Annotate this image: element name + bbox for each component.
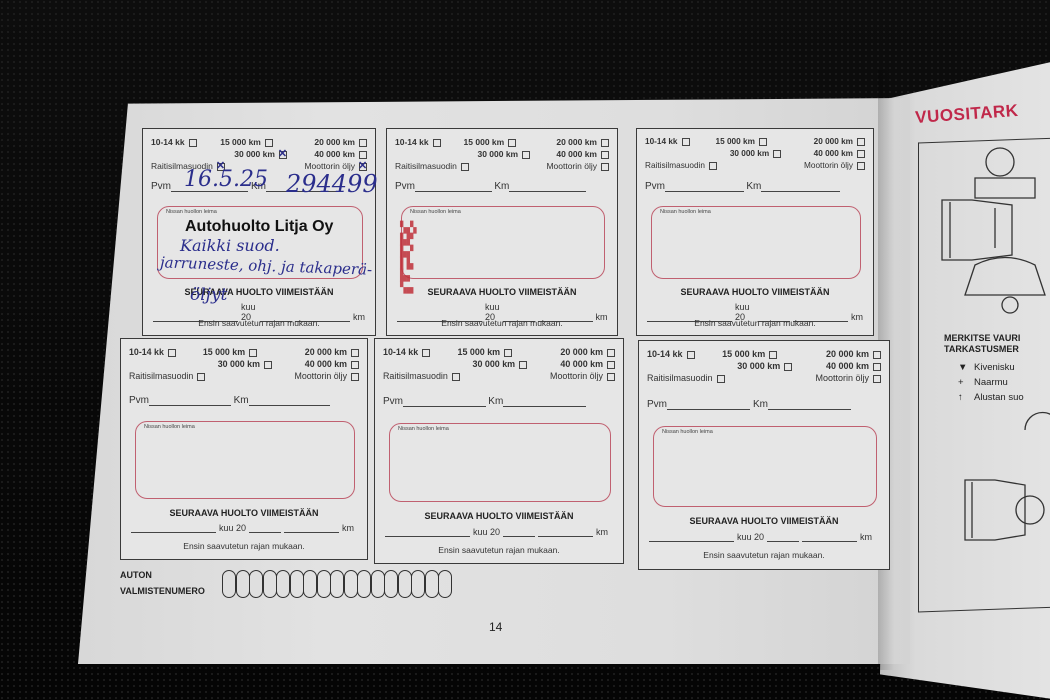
year-field[interactable]	[503, 527, 535, 537]
vin-char-box[interactable]	[398, 570, 412, 598]
label: Moottorin öljy	[550, 371, 603, 381]
vin-char-box[interactable]	[344, 570, 358, 598]
label: 40 000 km	[314, 149, 355, 159]
km-unit: km	[342, 523, 354, 533]
checkbox-km-20000[interactable]	[601, 139, 609, 147]
label: 10-14 kk	[395, 137, 429, 147]
engine-oil: Moottorin öljy	[550, 371, 615, 381]
date-km-line: Pvm Km	[383, 396, 586, 407]
label: 15 000 km	[464, 137, 505, 147]
label: Raitisilmasuodin	[645, 161, 705, 170]
checkbox-km-40000[interactable]	[601, 151, 609, 159]
interval-15000: 15 000 km	[464, 137, 517, 147]
red-stamp-mark: ▚▞▖▙▛▙▞▌▙▙▖▚▄	[400, 222, 420, 294]
engine-oil: Moottorin öljy	[804, 161, 865, 170]
date-km-line: Pvm Km	[129, 395, 330, 406]
stamp-label: Nissan huollon leima	[144, 424, 195, 430]
legend-label: Alustan suo	[974, 392, 1024, 403]
checkbox-km-20000[interactable]	[857, 138, 865, 146]
label: 10-14 kk	[645, 137, 678, 146]
legend-title-line1: MERKITSE VAURI	[944, 333, 1020, 344]
label: 40 000 km	[560, 359, 603, 369]
km-field[interactable]	[509, 182, 586, 192]
label: 15 000 km	[458, 347, 501, 357]
date-field[interactable]	[149, 396, 231, 406]
service-record-box: 10-14 kk 15 000 km 20 000 km 30 000 km 4…	[638, 340, 890, 570]
checkbox-km-40000[interactable]	[359, 151, 367, 159]
label: 20 000 km	[814, 137, 853, 146]
km-label: Km	[234, 395, 249, 406]
label: 30 000 km	[473, 359, 516, 369]
interval-15000: 15 000 km	[722, 349, 777, 359]
checkbox-engine-oil[interactable]	[857, 162, 865, 170]
vin-char-box[interactable]	[317, 570, 331, 598]
vin-label: AUTON VALMISTENUMERO	[120, 567, 205, 599]
label: Moottorin öljy	[295, 371, 348, 381]
handwritten-date: 16.5.25	[184, 167, 268, 192]
stamp-label: Nissan huollon leima	[398, 426, 449, 432]
label: 20 000 km	[305, 347, 347, 357]
service-record-box: 10-14 kk 15 000 km 20 000 km 30 000 km 4…	[374, 338, 624, 564]
next-service-heading: SEURAAVA HUOLTO VIIMEISTÄÄN	[121, 508, 367, 518]
first-reached-note: Ensin saavutetun rajan mukaan.	[375, 545, 623, 555]
checkbox-km-20000[interactable]	[607, 349, 615, 357]
interval-30000: 30 000 km	[218, 359, 272, 369]
next-km-field[interactable]	[802, 532, 857, 542]
label: 20 000 km	[560, 347, 603, 357]
checkbox-km-30000[interactable]	[522, 151, 530, 159]
first-reached-note: Ensin saavutetun rajan mukaan.	[143, 318, 375, 328]
month-year-label: kuu 20	[219, 523, 246, 533]
month-field[interactable]	[131, 523, 216, 533]
date-label: Pvm	[647, 399, 667, 410]
vin-char-box[interactable]	[357, 570, 371, 598]
checkbox-km-40000[interactable]	[607, 361, 615, 369]
air-filter: Raitisilmasuodin	[383, 371, 460, 381]
stamp-area: Nissan huollon leima	[651, 206, 861, 279]
air-filter: Raitisilmasuodin	[645, 161, 717, 170]
checkbox-km-15000[interactable]	[508, 139, 516, 147]
label: 40 000 km	[305, 359, 347, 369]
stamp-label: Nissan huollon leima	[662, 429, 713, 435]
air-filter: Raitisilmasuodin	[647, 373, 725, 383]
label: Raitisilmasuodin	[395, 161, 457, 171]
checkbox-air-filter[interactable]	[197, 373, 205, 381]
next-km-field[interactable]	[284, 523, 339, 533]
km-field[interactable]	[761, 182, 840, 192]
stamp-area: Nissan huollon leima	[401, 206, 605, 279]
label: 30 000 km	[737, 361, 780, 371]
vin-label-line2: VALMISTENUMERO	[120, 583, 205, 599]
service-record-box: 10-14 kk 15 000 km 20 000 km 30 000 km 4…	[386, 128, 618, 336]
page-number: 14	[489, 620, 502, 634]
label: 15 000 km	[716, 137, 755, 146]
handwritten-note-line-3: öljyt	[190, 285, 227, 305]
label: 15 000 km	[203, 347, 245, 357]
engine-oil: Moottorin öljy	[546, 161, 609, 171]
checkbox-interval[interactable]	[682, 138, 690, 146]
vin-char-box[interactable]	[249, 570, 263, 598]
date-field[interactable]	[415, 182, 492, 192]
vin-char-box[interactable]	[411, 570, 425, 598]
km-label: Km	[753, 399, 768, 410]
label: 15 000 km	[722, 349, 765, 359]
next-service-line: kuu 20 km	[385, 527, 613, 537]
checkbox-km-20000[interactable]	[359, 139, 367, 147]
interval-30000: 30 000 km	[473, 359, 528, 369]
interval-20000: 20 000 km	[305, 347, 359, 357]
checkbox-km-40000[interactable]	[351, 361, 359, 369]
legend-item-underbody: ↑Alustan suo	[958, 392, 1024, 403]
interval-20000: 20 000 km	[826, 349, 881, 359]
vin-char-box[interactable]	[384, 570, 398, 598]
label: Moottorin öljy	[815, 373, 869, 383]
service-record-box: 10-14 kk 15 000 km 20 000 km 30 000 km 4…	[120, 338, 368, 560]
month-field[interactable]	[385, 527, 470, 537]
interval-20000: 20 000 km	[560, 347, 615, 357]
stamp-area: Nissan huollon leima	[135, 421, 355, 499]
checkbox-km-15000[interactable]	[265, 139, 273, 147]
legend-item-scratch: +Naarmu	[958, 377, 1008, 388]
date-label: Pvm	[129, 395, 149, 406]
vin-char-box[interactable]	[330, 570, 344, 598]
triangle-down-icon: ▼	[958, 362, 974, 373]
interval-15000: 15 000 km	[458, 347, 513, 357]
year-field[interactable]	[767, 532, 799, 542]
month-field[interactable]	[649, 532, 734, 542]
km-label: Km	[488, 396, 503, 407]
interval-20000: 20 000 km	[314, 137, 367, 147]
interval-months: 10-14 kk	[383, 347, 430, 357]
interval-months: 10-14 kk	[129, 347, 176, 357]
car-diagram-icon	[920, 140, 1050, 700]
service-record-box: 10-14 kk 15 000 km 20 000 km 30 000 km 4…	[636, 128, 874, 336]
handwritten-note-line-1: Kaikki suod.	[180, 236, 280, 255]
checkbox-km-30000[interactable]	[279, 151, 287, 159]
label: 30 000 km	[730, 149, 769, 158]
checkbox-engine-oil[interactable]	[607, 373, 615, 381]
stamp-label: Nissan huollon leima	[410, 209, 461, 215]
checkbox-km-30000[interactable]	[264, 361, 272, 369]
km-field[interactable]	[503, 397, 586, 407]
checkbox-interval[interactable]	[189, 139, 197, 147]
date-km-line: Pvm Km	[647, 399, 851, 410]
checkbox-air-filter[interactable]	[452, 373, 460, 381]
next-service-heading: SEURAAVA HUOLTO VIIMEISTÄÄN	[375, 511, 623, 521]
interval-20000: 20 000 km	[814, 137, 865, 146]
handwritten-km: 294499	[286, 170, 378, 198]
month-year-label: kuu 20	[737, 532, 764, 542]
date-label: Pvm	[645, 181, 665, 192]
stamp-area: Nissan huollon leima	[389, 423, 611, 502]
label: 10-14 kk	[129, 347, 164, 357]
vin-label-line1: AUTON	[120, 567, 205, 583]
checkbox-km-30000[interactable]	[773, 150, 781, 158]
label: 20 000 km	[826, 349, 869, 359]
month-year-label: kuu 20	[473, 527, 500, 537]
next-service-heading: SEURAAVA HUOLTO VIIMEISTÄÄN	[387, 287, 617, 297]
checkbox-interval[interactable]	[422, 349, 430, 357]
label: 30 000 km	[477, 149, 518, 159]
checkbox-km-40000[interactable]	[873, 363, 881, 371]
interval-30000: 30 000 km	[477, 149, 530, 159]
label: 20 000 km	[314, 137, 355, 147]
label: Raitisilmasuodin	[129, 371, 193, 381]
label: 10-14 kk	[151, 137, 185, 147]
checkbox-km-15000[interactable]	[249, 349, 257, 357]
checkbox-air-filter[interactable]	[461, 163, 469, 171]
vin-char-box[interactable]	[236, 570, 250, 598]
date-field[interactable]	[667, 400, 750, 410]
legend-item-stone-chip: ▼Kivenisku	[958, 362, 1015, 373]
stamp-area: Nissan huollon leima	[653, 426, 877, 507]
km-unit: km	[596, 527, 608, 537]
label: 20 000 km	[556, 137, 597, 147]
checkbox-km-15000[interactable]	[759, 138, 767, 146]
interval-30000: 30 000 km	[737, 361, 792, 371]
checkbox-air-filter[interactable]	[717, 375, 725, 383]
label: Raitisilmasuodin	[647, 373, 713, 383]
label: 30 000 km	[234, 149, 275, 159]
checkbox-engine-oil[interactable]	[351, 373, 359, 381]
vin-char-box[interactable]	[263, 570, 277, 598]
legend-title: MERKITSE VAURI TARKASTUSMER	[944, 333, 1020, 355]
arrow-up-icon: ↑	[958, 392, 974, 403]
label: 40 000 km	[826, 361, 869, 371]
air-filter: Raitisilmasuodin	[395, 161, 469, 171]
interval-15000: 15 000 km	[203, 347, 257, 357]
next-service-heading: SEURAAVA HUOLTO VIIMEISTÄÄN	[639, 516, 889, 526]
legend-label: Kivenisku	[974, 362, 1015, 373]
interval-months: 10-14 kk	[645, 137, 690, 146]
first-reached-note: Ensin saavutetun rajan mukaan.	[387, 318, 617, 328]
label: 30 000 km	[218, 359, 260, 369]
km-label: Km	[746, 181, 761, 192]
next-service-heading: SEURAAVA HUOLTO VIIMEISTÄÄN	[143, 287, 375, 297]
checkbox-km-15000[interactable]	[769, 351, 777, 359]
next-service-line: kuu 20 km	[649, 532, 879, 542]
vin-char-box[interactable]	[290, 570, 304, 598]
label: 15 000 km	[220, 137, 261, 147]
interval-40000: 40 000 km	[826, 361, 881, 371]
interval-months: 10-14 kk	[395, 137, 441, 147]
interval-months: 10-14 kk	[151, 137, 197, 147]
label: Raitisilmasuodin	[383, 371, 448, 381]
checkbox-interval[interactable]	[687, 351, 695, 359]
km-label: Km	[494, 181, 509, 192]
interval-40000: 40 000 km	[814, 149, 865, 158]
label: 10-14 kk	[647, 349, 683, 359]
engine-oil: Moottorin öljy	[815, 373, 881, 383]
km-field[interactable]	[249, 396, 331, 406]
interval-40000: 40 000 km	[560, 359, 615, 369]
checkbox-km-20000[interactable]	[351, 349, 359, 357]
label: Moottorin öljy	[546, 161, 597, 171]
interval-months: 10-14 kk	[647, 349, 695, 359]
vin-char-box[interactable]	[371, 570, 385, 598]
interval-30000: 30 000 km	[730, 149, 781, 158]
checkbox-interval[interactable]	[433, 139, 441, 147]
interval-30000: 30 000 km	[234, 149, 287, 159]
first-reached-note: Ensin saavutetun rajan mukaan.	[639, 550, 889, 560]
label: Moottorin öljy	[804, 161, 853, 170]
date-field[interactable]	[403, 397, 486, 407]
vin-char-box[interactable]	[438, 570, 452, 598]
checkbox-km-30000[interactable]	[519, 361, 527, 369]
next-service-line: kuu 20 km	[131, 523, 357, 533]
vin-char-box[interactable]	[222, 570, 236, 598]
checkbox-km-20000[interactable]	[873, 351, 881, 359]
checkbox-km-15000[interactable]	[504, 349, 512, 357]
label: 40 000 km	[556, 149, 597, 159]
checkbox-engine-oil[interactable]	[873, 375, 881, 383]
date-label: Pvm	[395, 181, 415, 192]
first-reached-note: Ensin saavutetun rajan mukaan.	[637, 318, 873, 328]
legend-title-line2: TARKASTUSMER	[944, 344, 1020, 355]
interval-15000: 15 000 km	[716, 137, 767, 146]
workshop-stamp-text: Autohuolto Litja Oy	[185, 218, 333, 236]
legend-label: Naarmu	[974, 377, 1008, 388]
plus-icon: +	[958, 377, 974, 388]
stamp-label: Nissan huollon leima	[660, 209, 711, 215]
first-reached-note: Ensin saavutetun rajan mukaan.	[121, 541, 367, 551]
vin-char-box[interactable]	[303, 570, 317, 598]
label: 10-14 kk	[383, 347, 418, 357]
checkbox-air-filter[interactable]	[709, 162, 717, 170]
engine-oil: Moottorin öljy	[295, 371, 360, 381]
interval-40000: 40 000 km	[305, 359, 359, 369]
interval-15000: 15 000 km	[220, 137, 273, 147]
km-field[interactable]	[768, 400, 851, 410]
date-km-line: Pvm Km	[645, 181, 840, 192]
vin-char-box[interactable]	[425, 570, 439, 598]
year-field[interactable]	[249, 523, 281, 533]
date-km-line: Pvm Km	[395, 181, 586, 192]
vin-input-boxes	[222, 570, 452, 598]
stamp-label: Nissan huollon leima	[166, 209, 217, 215]
date-field[interactable]	[665, 182, 744, 192]
date-label: Pvm	[383, 396, 403, 407]
interval-40000: 40 000 km	[314, 149, 367, 159]
checkbox-km-40000[interactable]	[857, 150, 865, 158]
checkbox-interval[interactable]	[168, 349, 176, 357]
km-unit: km	[860, 532, 872, 542]
vin-char-box[interactable]	[276, 570, 290, 598]
date-label: Pvm	[151, 181, 171, 192]
air-filter: Raitisilmasuodin	[129, 371, 205, 381]
interval-20000: 20 000 km	[556, 137, 609, 147]
label: 40 000 km	[814, 149, 853, 158]
checkbox-engine-oil[interactable]	[601, 163, 609, 171]
interval-40000: 40 000 km	[556, 149, 609, 159]
checkbox-km-30000[interactable]	[784, 363, 792, 371]
next-service-heading: SEURAAVA HUOLTO VIIMEISTÄÄN	[637, 287, 873, 297]
next-km-field[interactable]	[538, 527, 593, 537]
